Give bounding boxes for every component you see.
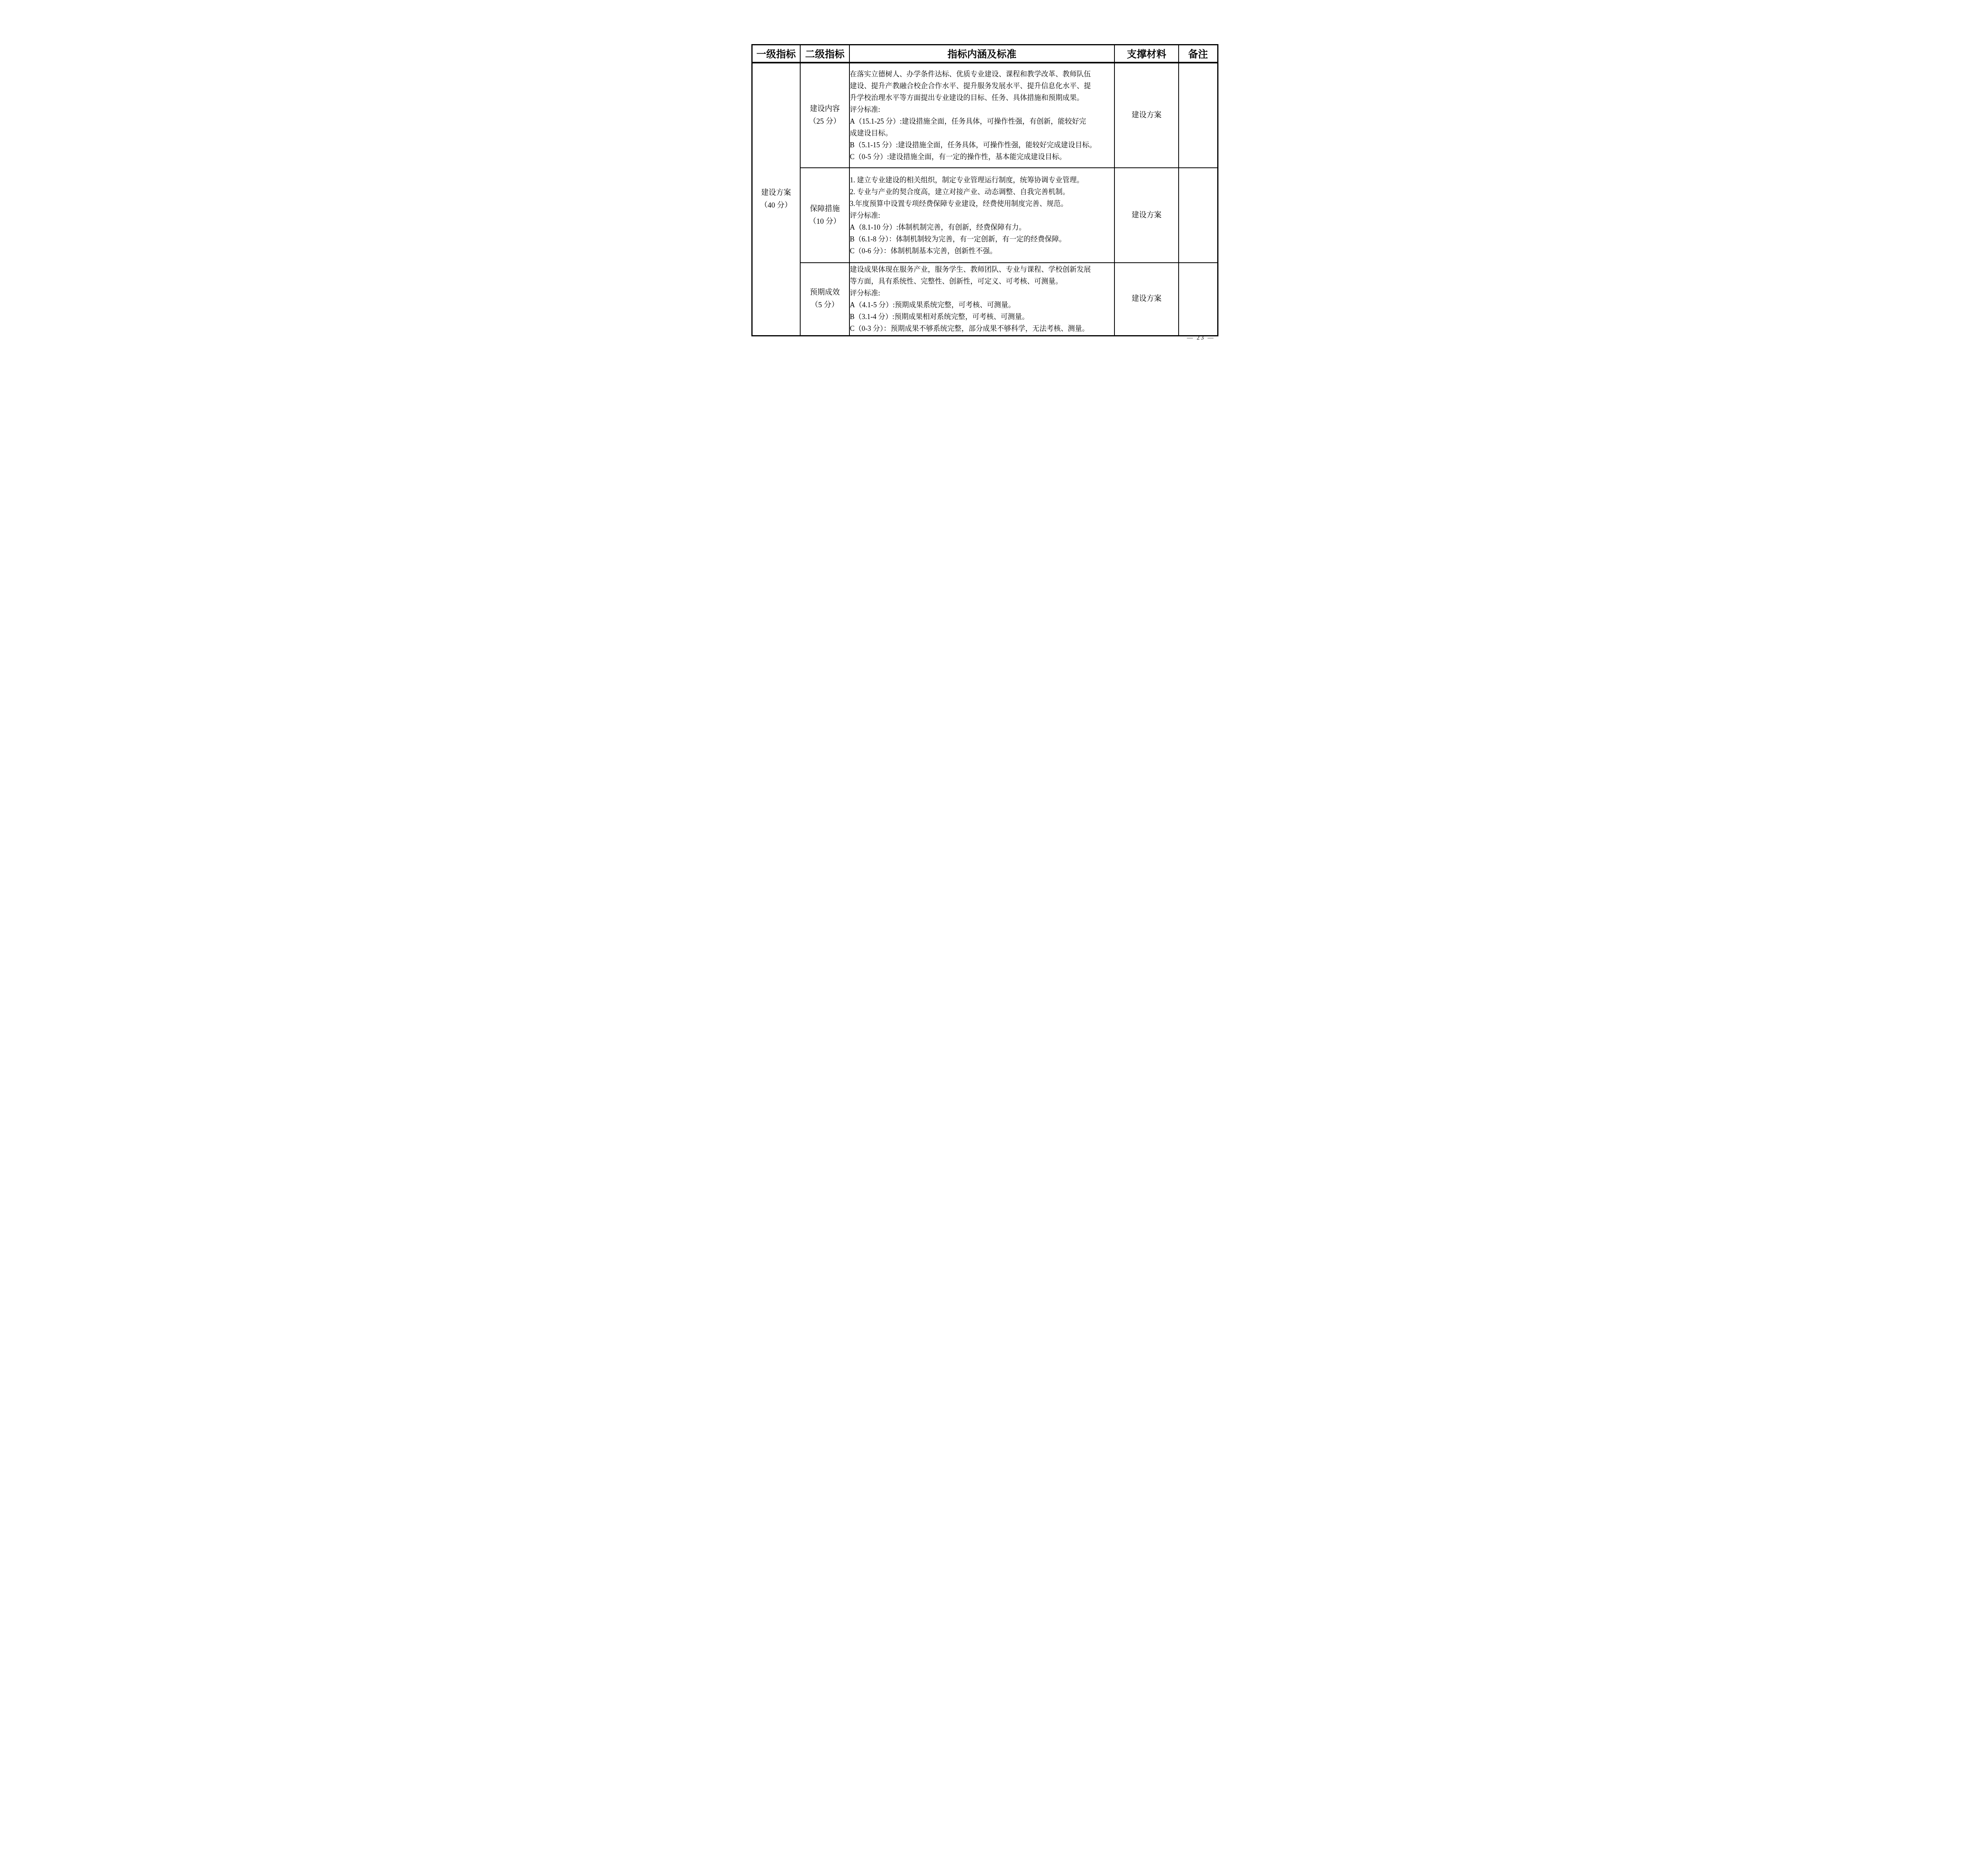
col-header-remark: 备注 — [1179, 45, 1218, 63]
document-page: 一级指标 二级指标 指标内涵及标准 支撑材料 备注 建设方案 （40 分） 建设… — [719, 0, 1250, 375]
criteria-line: 升学校治理水平等方面提出专业建设的目标、任务、具体措施和预期成果。 — [850, 92, 1114, 104]
criteria-line: A（8.1-10 分）:体制机制完善，有创新，经费保障有力。 — [850, 221, 1114, 233]
remark-cell — [1179, 63, 1218, 168]
level2-indicator-name: 建设内容 — [801, 103, 849, 115]
col-header-criteria: 指标内涵及标准 — [849, 45, 1114, 63]
support-material-cell: 建设方案 — [1114, 168, 1179, 263]
level1-indicator-cell: 建设方案 （40 分） — [752, 63, 800, 336]
criteria-line: C（0-5 分）:建设措施全面，有一定的操作性，基本能完成建设目标。 — [850, 151, 1114, 163]
page-number: — 23 — — [1187, 335, 1215, 341]
criteria-cell: 在落实立德树人、办学条件达标、优质专业建设、课程和教学改革、教师队伍 建设、提升… — [849, 63, 1114, 168]
level2-indicator-score: （25 分） — [801, 115, 849, 128]
level2-indicator-name: 保障措施 — [801, 203, 849, 215]
criteria-line: B（6.1-8 分）：体制机制较为完善，有一定创新，有一定的经费保障。 — [850, 233, 1114, 245]
support-material-cell: 建设方案 — [1114, 263, 1179, 336]
level2-indicator-cell: 保障措施 （10 分） — [800, 168, 849, 263]
criteria-line: B（3.1-4 分）:预期成果相对系统完整，可考核、可测量。 — [850, 311, 1114, 323]
criteria-line: 在落实立德树人、办学条件达标、优质专业建设、课程和教学改革、教师队伍 — [850, 68, 1114, 80]
criteria-line: A（15.1-25 分）:建设措施全面，任务具体，可操作性强，有创新，能较好完 — [850, 115, 1114, 127]
criteria-line: C（0-3 分）：预期成果不够系统完整，部分成果不够科学，无法考核、测量。 — [850, 323, 1114, 334]
criteria-line: A（4.1-5 分）:预期成果系统完整，可考核、可测量。 — [850, 299, 1114, 311]
criteria-line: B（5.1-15 分）:建设措施全面，任务具体，可操作性强，能较好完成建设目标。 — [850, 139, 1114, 151]
level1-indicator-name: 建设方案 — [753, 187, 800, 199]
criteria-line: 3.年度预算中设置专项经费保障专业建设，经费使用制度完善、规范。 — [850, 198, 1114, 210]
table-row-safeguard-measures: 保障措施 （10 分） 1. 建立专业建设的相关组织，制定专业管理运行制度，统筹… — [752, 168, 1218, 263]
criteria-line: 建设、提升产教融合校企合作水平、提升服务发展水平、提升信息化水平、提 — [850, 80, 1114, 92]
level2-indicator-cell: 预期成效 （5 分） — [800, 263, 849, 336]
criteria-line: 1. 建立专业建设的相关组织，制定专业管理运行制度，统筹协调专业管理。 — [850, 174, 1114, 186]
criteria-line: 2. 专业与产业的契合度高，建立对接产业、动态调整、自我完善机制。 — [850, 186, 1114, 198]
criteria-line: 成建设目标。 — [850, 127, 1114, 139]
col-header-level2-indicator: 二级指标 — [800, 45, 849, 63]
level2-indicator-score: （5 分） — [801, 299, 849, 312]
level2-indicator-name: 预期成效 — [801, 286, 849, 299]
remark-cell — [1179, 168, 1218, 263]
criteria-cell: 1. 建立专业建设的相关组织，制定专业管理运行制度，统筹协调专业管理。 2. 专… — [849, 168, 1114, 263]
header-row: 一级指标 二级指标 指标内涵及标准 支撑材料 备注 — [752, 45, 1218, 63]
remark-cell — [1179, 263, 1218, 336]
criteria-line: 评分标准: — [850, 104, 1114, 115]
evaluation-table: 一级指标 二级指标 指标内涵及标准 支撑材料 备注 建设方案 （40 分） 建设… — [751, 44, 1218, 336]
level1-indicator-score: （40 分） — [753, 199, 800, 212]
criteria-cell: 建设成果体现在服务产业，服务学生、教师团队、专业与课程、学校创新发展 等方面，具… — [849, 263, 1114, 336]
table-row-expected-results: 预期成效 （5 分） 建设成果体现在服务产业，服务学生、教师团队、专业与课程、学… — [752, 263, 1218, 336]
level2-indicator-score: （10 分） — [801, 215, 849, 228]
criteria-line: C（0-6 分）：体制机制基本完善，创新性不强。 — [850, 245, 1114, 257]
criteria-line: 评分标准: — [850, 287, 1114, 299]
criteria-line: 评分标准: — [850, 210, 1114, 221]
criteria-line: 建设成果体现在服务产业，服务学生、教师团队、专业与课程、学校创新发展 — [850, 263, 1114, 275]
level2-indicator-cell: 建设内容 （25 分） — [800, 63, 849, 168]
support-material-cell: 建设方案 — [1114, 63, 1179, 168]
col-header-level1-indicator: 一级指标 — [752, 45, 800, 63]
col-header-support-material: 支撑材料 — [1114, 45, 1179, 63]
criteria-line: 等方面，具有系统性、完整性、创新性，可定义、可考核、可测量。 — [850, 275, 1114, 287]
table-row-construction-content: 建设方案 （40 分） 建设内容 （25 分） 在落实立德树人、办学条件达标、优… — [752, 63, 1218, 168]
